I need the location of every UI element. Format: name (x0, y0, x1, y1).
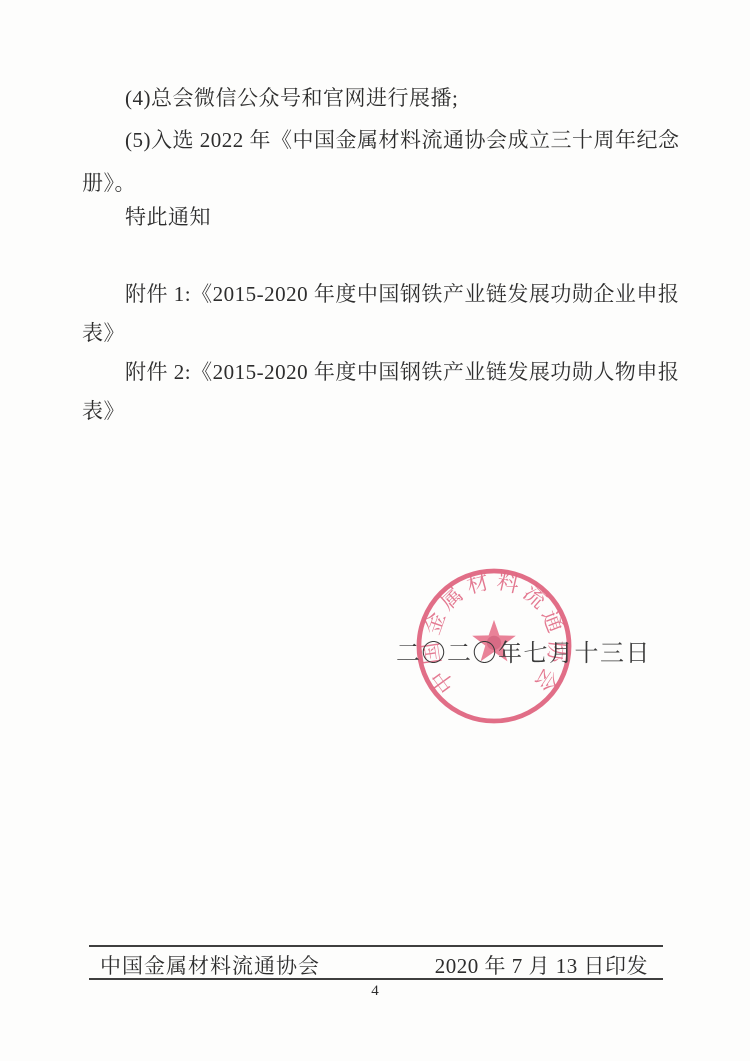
seal-arc-char: 料 (494, 568, 521, 597)
seal-arc-char: 中 (426, 665, 459, 698)
notice-item-5-line-2: 册》。 (82, 169, 136, 197)
notice-item-5-line-1: (5)入选 2022 年《中国金属材料流通协会成立三十周年纪念 (82, 126, 679, 154)
attachment-2-line-1: 附件 2:《2015-2020 年度中国钢铁产业链发展功勋人物申报 (82, 358, 679, 386)
date-line: 二〇二〇年七月十三日 (396, 633, 651, 668)
seal-arc-char: 通 (537, 606, 568, 636)
seal-arc-char: 会 (530, 664, 563, 696)
document-page: (4)总会微信公众号和官网进行展播; (5)入选 2022 年《中国金属材料流通… (0, 0, 750, 1061)
footer-rule-top (89, 945, 663, 947)
attachment-1-line-2: 表》 (82, 319, 125, 347)
footer-print-date: 2020 年 7 月 13 日印发 (420, 950, 648, 980)
footer-organization: 中国金属材料流通协会 (100, 950, 320, 980)
footer-rule-bottom (89, 978, 663, 980)
page-number: 4 (0, 983, 750, 1000)
attachment-2-line-2: 表》 (82, 397, 125, 425)
notice-closing: 特此通知 (82, 203, 211, 231)
attachment-1-line-1: 附件 1:《2015-2020 年度中国钢铁产业链发展功勋企业申报 (82, 280, 679, 308)
seal-arc-char: 流 (519, 580, 552, 613)
notice-item-4: (4)总会微信公众号和官网进行展播; (82, 84, 458, 112)
seal-arc-char: 属 (435, 581, 468, 614)
